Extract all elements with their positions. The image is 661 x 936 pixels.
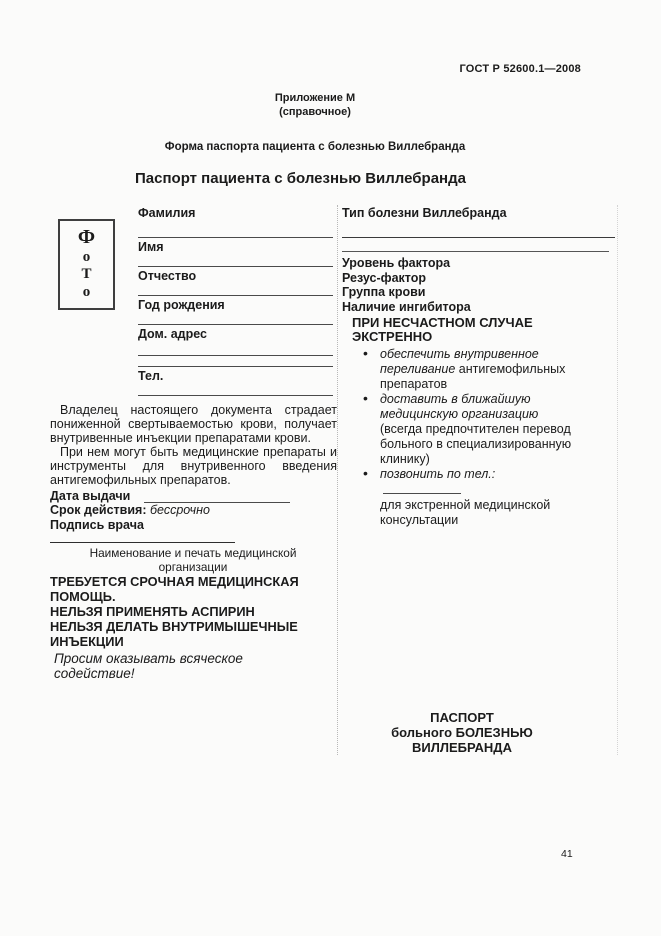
right-column: Тип болезни Виллебранда Уровень фактора … xyxy=(337,205,618,755)
warning-urgent-help: ТРЕБУЕТСЯ СРОЧНАЯ МЕДИЦИНСКАЯ ПОМОЩЬ. xyxy=(50,574,337,604)
fill-in-line xyxy=(138,395,333,396)
field-firstname: Имя xyxy=(138,240,337,269)
action-call-phone: позвонить по тел.: для экстренной медици… xyxy=(342,467,572,528)
photo-letter: Ф xyxy=(78,227,95,247)
fill-in-line xyxy=(138,366,333,367)
warning-no-aspirin: НЕЛЬЗЯ ПРИМЕНЯТЬ АСПИРИН xyxy=(50,604,337,619)
emergency-heading-line: ПРИ НЕСЧАСТНОМ СЛУЧАЕ xyxy=(352,316,617,330)
fill-in-line xyxy=(383,482,461,494)
field-birth-year: Год рождения xyxy=(138,298,337,327)
standard-reference: ГОСТ Р 52600.1—2008 xyxy=(459,63,581,75)
rh-factor-label: Резус-фактор xyxy=(342,271,617,286)
document-page: ГОСТ Р 52600.1—2008 Приложение М (справо… xyxy=(0,0,661,936)
issue-date-row: Дата выдачи xyxy=(50,488,337,503)
cover-line: ВИЛЛЕБРАНДА xyxy=(342,740,582,755)
photo-letter: Т xyxy=(81,267,91,282)
left-column: Ф о Т о Фамилия Имя Отчество xyxy=(50,205,337,755)
blood-group-label: Группа крови xyxy=(342,285,617,300)
assistance-plea: Просим оказывать всяческое содействие! xyxy=(50,651,304,681)
field-label: Отчество xyxy=(138,269,337,283)
passport-title: Паспорт пациента с болезнью Виллебранда xyxy=(135,170,466,187)
annex-label: Приложение М xyxy=(0,91,630,105)
fill-in-line xyxy=(138,295,333,296)
field-patronymic: Отчество xyxy=(138,269,337,298)
warning-no-injections: НЕЛЬЗЯ ДЕЛАТЬ ВНУТРИМЫШЕЧНЫЕ ИНЪЕКЦИИ xyxy=(50,619,337,649)
field-label: Фамилия xyxy=(138,206,337,220)
photo-letter: о xyxy=(83,250,91,265)
action-deliver-to-clinic: доставить в ближайшую медицинскую органи… xyxy=(342,392,572,467)
doctor-signature-label: Подпись врача xyxy=(50,518,337,533)
field-label: Тел. xyxy=(138,369,337,383)
fill-in-line xyxy=(342,251,609,252)
photo-letter: о xyxy=(83,285,91,300)
field-home-address: Дом. адрес xyxy=(138,327,337,369)
action-text: (всегда предпочтителен перевод больного … xyxy=(380,422,571,466)
disease-type-label: Тип болезни Виллебранда xyxy=(342,205,617,237)
signature-line xyxy=(50,533,235,543)
passport-body: Ф о Т о Фамилия Имя Отчество xyxy=(50,205,622,755)
organization-caption: Наименование и печать медицинской органи… xyxy=(64,546,322,574)
fill-in-line xyxy=(138,266,333,267)
inhibitor-label: Наличие ингибитора xyxy=(342,300,617,315)
action-transfusion: обеспечить внутривенное переливание анти… xyxy=(342,347,572,392)
fill-in-line xyxy=(342,237,615,238)
fill-in-line xyxy=(138,355,333,356)
action-text: для экстренной медицинской консультации xyxy=(380,498,572,528)
action-text-italic: позвонить по тел.: xyxy=(380,467,495,481)
field-surname: Фамилия xyxy=(138,206,337,240)
fill-in-line xyxy=(138,237,333,238)
validity-label: Срок действия: xyxy=(50,503,147,517)
cover-line: больного БОЛЕЗНЬЮ xyxy=(342,725,582,740)
emergency-heading-line: ЭКСТРЕННО xyxy=(352,330,617,344)
field-label: Дом. адрес xyxy=(138,327,337,341)
fill-in-line xyxy=(144,489,290,503)
patient-fields: Фамилия Имя Отчество Год рождения Дом. а… xyxy=(138,205,337,398)
validity-value: бессрочно xyxy=(150,503,210,517)
fill-in-line xyxy=(138,324,333,325)
field-label: Год рождения xyxy=(138,298,337,312)
issue-date-label: Дата выдачи xyxy=(50,489,130,503)
action-text-italic: доставить в ближайшую медицинскую органи… xyxy=(380,392,538,421)
page-number: 41 xyxy=(561,848,573,860)
factor-level-label: Уровень фактора xyxy=(342,256,617,271)
annex-heading: Приложение М (справочное) xyxy=(0,91,630,119)
form-caption: Форма паспорта пациента с болезнью Вилле… xyxy=(0,141,630,153)
validity-row: Срок действия: бессрочно xyxy=(50,503,337,518)
cover-line: ПАСПОРТ xyxy=(342,710,582,725)
owner-paragraph-1: Владелец настоящего документа страдает п… xyxy=(50,403,337,445)
owner-paragraph-2: При нем могут быть медицинские препараты… xyxy=(50,445,337,487)
annex-type: (справочное) xyxy=(0,105,630,119)
emergency-heading: ПРИ НЕСЧАСТНОМ СЛУЧАЕ ЭКСТРЕННО xyxy=(342,316,617,344)
emergency-actions-list: обеспечить внутривенное переливание анти… xyxy=(342,347,617,528)
passport-cover-label: ПАСПОРТ больного БОЛЕЗНЬЮ ВИЛЛЕБРАНДА xyxy=(342,710,582,755)
photo-placeholder: Ф о Т о xyxy=(58,219,115,310)
field-phone: Тел. xyxy=(138,369,337,398)
field-label: Имя xyxy=(138,240,337,254)
